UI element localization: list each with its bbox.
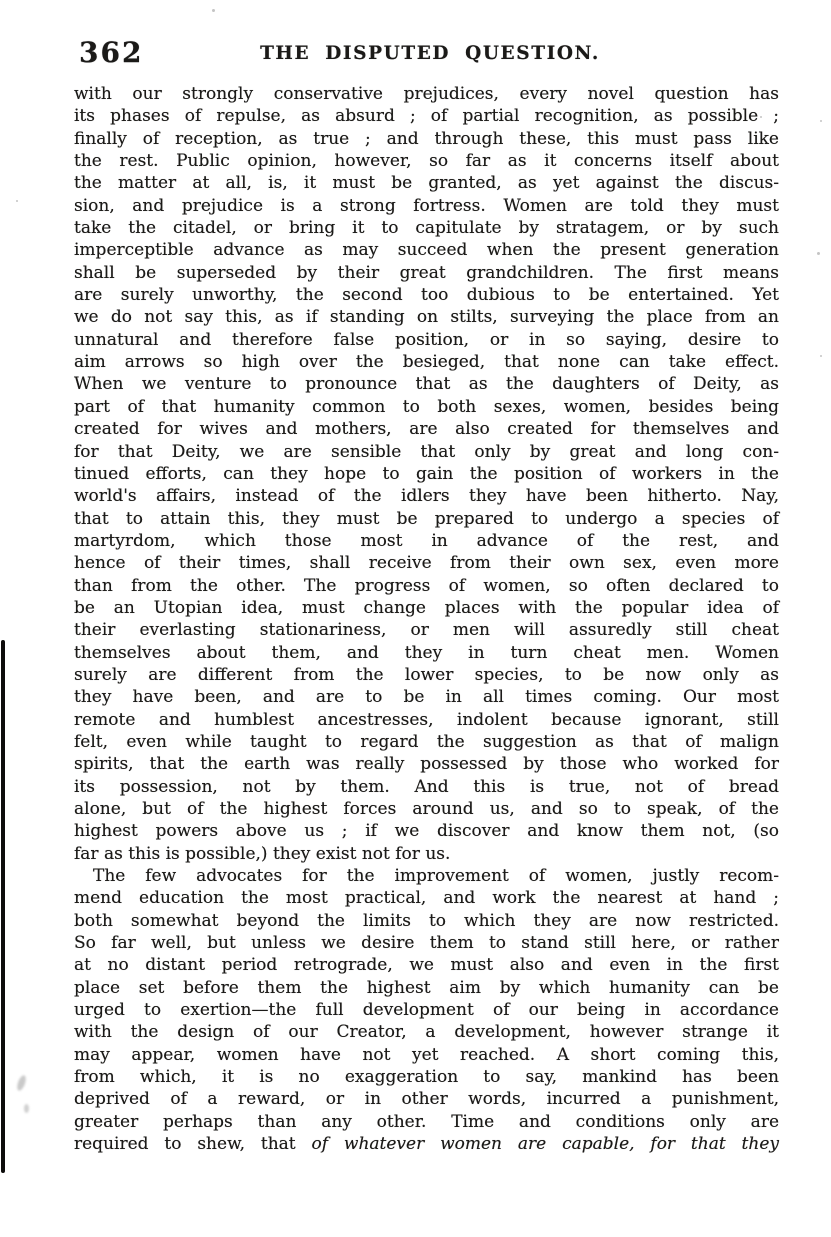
paragraph: with our strongly conservative prejudice… [74, 83, 779, 865]
text-line: we do not say this, as if standing on st… [74, 306, 779, 328]
text-line: aim arrows so high over the besieged, th… [74, 351, 779, 373]
text-line: alone, but of the highest forces around … [74, 798, 779, 820]
text-line: they have been, and are to be in all tim… [74, 686, 779, 708]
text-line: imperceptible advance as may succeed whe… [74, 239, 779, 261]
page-number: 362 [79, 36, 143, 69]
text-line: at no distant period retrograde, we must… [74, 954, 779, 976]
text-line: shall be superseded by their great grand… [74, 262, 779, 284]
text-line: sion, and prejudice is a strong fortress… [74, 195, 779, 217]
scan-artifact [820, 120, 822, 122]
text-line: that to attain this, they must be prepar… [74, 508, 779, 530]
text-line: be an Utopian idea, must change places w… [74, 597, 779, 619]
text-line: both somewhat beyond the limits to which… [74, 910, 779, 932]
text-line: their everlasting stationariness, or men… [74, 619, 779, 641]
binding-edge-line [1, 640, 5, 1173]
text-line: the matter at all, is, it must be grante… [74, 172, 779, 194]
scan-artifact [24, 1104, 29, 1113]
text-line: felt, even while taught to regard the su… [74, 731, 779, 753]
scanned-book-page: 362 THE DISPUTED QUESTION. with our stro… [0, 0, 831, 1237]
text-line: far as this is possible,) they exist not… [74, 843, 779, 865]
text-line: its possession, not by them. And this is… [74, 776, 779, 798]
text-line: urged to exertion—the full development o… [74, 999, 779, 1021]
text-line: its phases of repulse, as absurd ; of pa… [74, 105, 779, 127]
text-line: The few advocates for the improvement of… [74, 865, 779, 887]
scan-artifact [16, 200, 18, 202]
text-line: required to shew, that of whatever women… [74, 1133, 779, 1155]
text-segment: required to shew, that [74, 1134, 312, 1154]
running-head: 362 THE DISPUTED QUESTION. [0, 36, 831, 70]
text-line: may appear, women have not yet reached. … [74, 1044, 779, 1066]
scan-artifact [817, 252, 820, 255]
running-title: THE DISPUTED QUESTION. [230, 43, 630, 64]
text-line: with the design of our Creator, a develo… [74, 1021, 779, 1043]
scan-artifact [212, 9, 215, 12]
text-line: world's affairs, instead of the idlers t… [74, 485, 779, 507]
italic-text-segment: of whatever women are capable, for that … [312, 1134, 780, 1154]
text-line: than from the other. The progress of wom… [74, 575, 779, 597]
paragraph: The few advocates for the improvement of… [74, 865, 779, 1155]
text-line: tinued efforts, can they hope to gain th… [74, 463, 779, 485]
text-line: greater perhaps than any other. Time and… [74, 1111, 779, 1133]
text-body: with our strongly conservative prejudice… [74, 83, 779, 1156]
text-line: for that Deity, we are sensible that onl… [74, 441, 779, 463]
text-line: finally of reception, as true ; and thro… [74, 128, 779, 150]
text-line: deprived of a reward, or in other words,… [74, 1088, 779, 1110]
text-line: with our strongly conservative prejudice… [74, 83, 779, 105]
scan-artifact [760, 116, 762, 118]
scan-artifact [820, 355, 822, 357]
text-line: So far well, but unless we desire them t… [74, 932, 779, 954]
text-line: themselves about them, and they in turn … [74, 642, 779, 664]
text-line: martyrdom, which those most in advance o… [74, 530, 779, 552]
text-line: highest powers above us ; if we discover… [74, 820, 779, 842]
text-line: mend education the most practical, and w… [74, 887, 779, 909]
scan-artifact [15, 1074, 27, 1091]
text-line: take the citadel, or bring it to capitul… [74, 217, 779, 239]
text-line: place set before them the highest aim by… [74, 977, 779, 999]
text-line: are surely unworthy, the second too dubi… [74, 284, 779, 306]
text-line: the rest. Public opinion, however, so fa… [74, 150, 779, 172]
text-line: spirits, that the earth was really posse… [74, 753, 779, 775]
text-line: from which, it is no exaggeration to say… [74, 1066, 779, 1088]
text-line: unnatural and therefore false position, … [74, 329, 779, 351]
text-line: remote and humblest ancestresses, indole… [74, 709, 779, 731]
text-line: When we venture to pronounce that as the… [74, 373, 779, 395]
text-line: part of that humanity common to both sex… [74, 396, 779, 418]
text-line: hence of their times, shall receive from… [74, 552, 779, 574]
text-line: surely are different from the lower spec… [74, 664, 779, 686]
text-line: created for wives and mothers, are also … [74, 418, 779, 440]
